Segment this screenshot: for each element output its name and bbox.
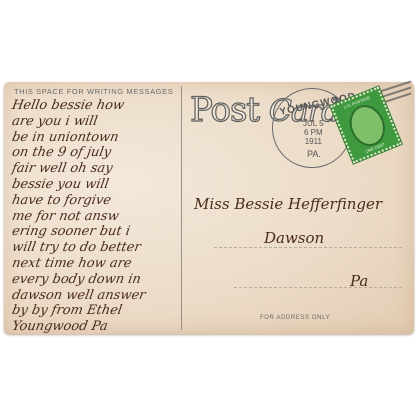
postmark-state: PA.: [307, 149, 321, 159]
postmark-time: 6 PM: [303, 128, 324, 137]
message-line: have to forgive: [11, 193, 184, 209]
message-line: every body down in: [11, 272, 184, 288]
message-line: me for not answ: [11, 209, 184, 225]
recipient-city: Dawson: [264, 229, 324, 247]
postmark-datetime: JUL 5 6 PM 1911: [303, 119, 324, 146]
message-line: will try to do better: [11, 240, 184, 256]
message-line: fair well oh say: [11, 161, 184, 177]
postmark-date: JUL 5: [303, 119, 324, 128]
message-line: are you i will: [11, 114, 184, 130]
message-line: Hello bessie how: [11, 98, 184, 114]
recipient-name: Miss Bessie Hefferfinger: [194, 195, 382, 213]
postmark-year: 1911: [303, 137, 324, 146]
message-line: ering sooner but i: [11, 224, 184, 240]
message-line: dawson well answer: [11, 288, 184, 304]
message-line: next time how are: [11, 256, 184, 272]
message-line: on the 9 of july: [11, 145, 184, 161]
message-line: Youngwood Pa: [11, 319, 184, 335]
message-space-header: THIS SPACE FOR WRITING MESSAGES: [14, 87, 173, 96]
recipient-state: Pa: [350, 272, 368, 290]
address-only-footer: FOR ADDRESS ONLY: [260, 315, 330, 321]
handwritten-message: Hello bessie how are you i will be in un…: [12, 98, 182, 335]
message-line: by by from Ethel: [11, 303, 184, 319]
address-line: [234, 287, 404, 288]
address-line: [214, 247, 404, 248]
message-line: bessie you will: [11, 177, 184, 193]
center-divider: [181, 86, 182, 330]
message-line: be in uniontown: [11, 130, 184, 146]
title-post: Post: [190, 90, 259, 130]
postcard: THIS SPACE FOR WRITING MESSAGES Hello be…: [4, 82, 414, 334]
